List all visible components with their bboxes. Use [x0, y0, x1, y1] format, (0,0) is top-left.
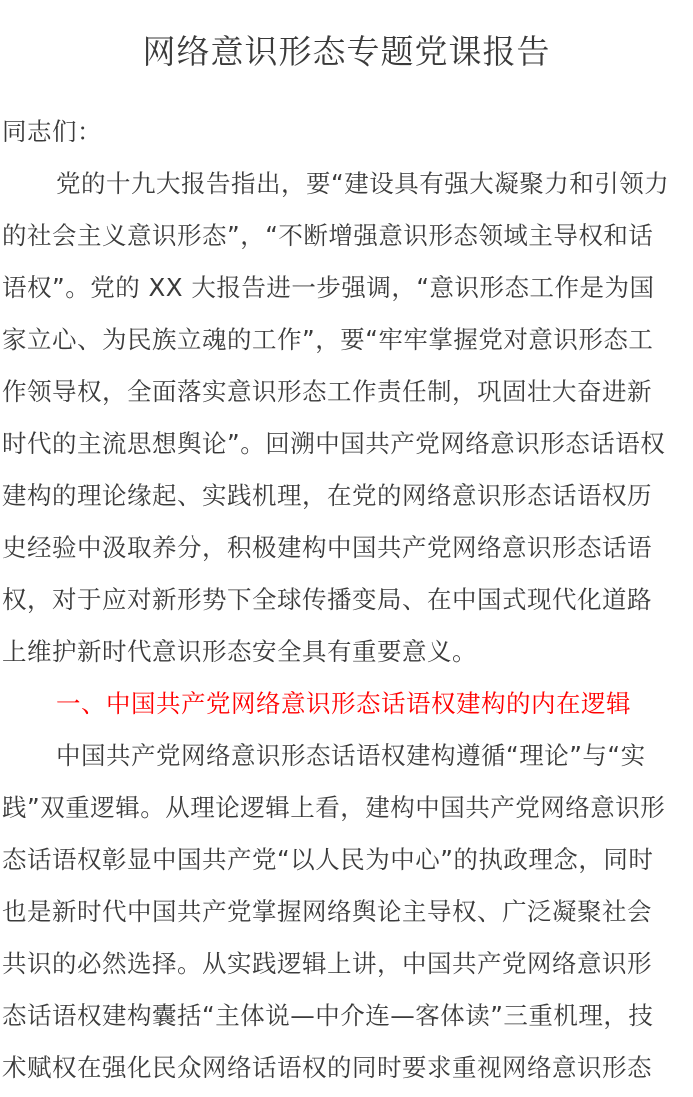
- paragraph-line: 作领导权，全面落实意识形态工作责任制，巩固壮大奋进新: [2, 376, 652, 408]
- paragraph-line: 党的十九大报告指出，要“建设具有强大凝聚力和引领力: [56, 168, 669, 200]
- paragraph-line: 语权”。党的 XX 大报告进一步强调，“意识形态工作是为国: [2, 272, 655, 304]
- paragraph-line: 术赋权在强化民众网络话语权的同时要求重视网络意识形态: [2, 1052, 652, 1084]
- paragraph-line: 上维护新时代意识形态安全具有重要意义。: [2, 636, 477, 668]
- paragraph-line: 中国共产党网络意识形态话语权建构遵循“理论”与“实: [56, 740, 646, 772]
- paragraph-line: 共识的必然选择。从实践逻辑上讲，中国共产党网络意识形: [2, 948, 652, 980]
- paragraph-line: 的社会主义意识形态”，“不断增强意识形态领域主导权和话: [2, 220, 653, 252]
- paragraph-line: 践”双重逻辑。从理论逻辑上看，建构中国共产党网络意识形: [2, 792, 665, 824]
- paragraph-line: 时代的主流思想舆论”。回溯中国共产党网络意识形态话语权: [2, 428, 665, 460]
- document-title: 网络意识形态专题党课报告: [0, 30, 693, 74]
- salutation: 同志们：: [2, 116, 102, 148]
- paragraph-line: 权，对于应对新形势下全球传播变局、在中国式现代化道路: [2, 584, 652, 616]
- paragraph-line: 态话语权彰显中国共产党“以人民为中心”的执政理念，同时: [2, 844, 653, 876]
- paragraph-line: 史经验中汲取养分，积极建构中国共产党网络意识形态话语: [2, 532, 652, 564]
- paragraph-line: 也是新时代中国共产党掌握网络舆论主导权、广泛凝聚社会: [2, 896, 652, 928]
- paragraph-line: 建构的理论缘起、实践机理，在党的网络意识形态话语权历: [2, 480, 652, 512]
- document-page: 网络意识形态专题党课报告 同志们： 党的十九大报告指出，要“建设具有强大凝聚力和…: [0, 0, 693, 1097]
- section-heading: 一、中国共产党网络意识形态话语权建构的内在逻辑: [56, 688, 631, 720]
- paragraph-line: 家立心、为民族立魂的工作”，要“牢牢掌握党对意识形态工: [2, 324, 653, 356]
- paragraph-line: 态话语权建构囊括“主体说—中介连—客体读”三重机理，技: [2, 1000, 653, 1032]
